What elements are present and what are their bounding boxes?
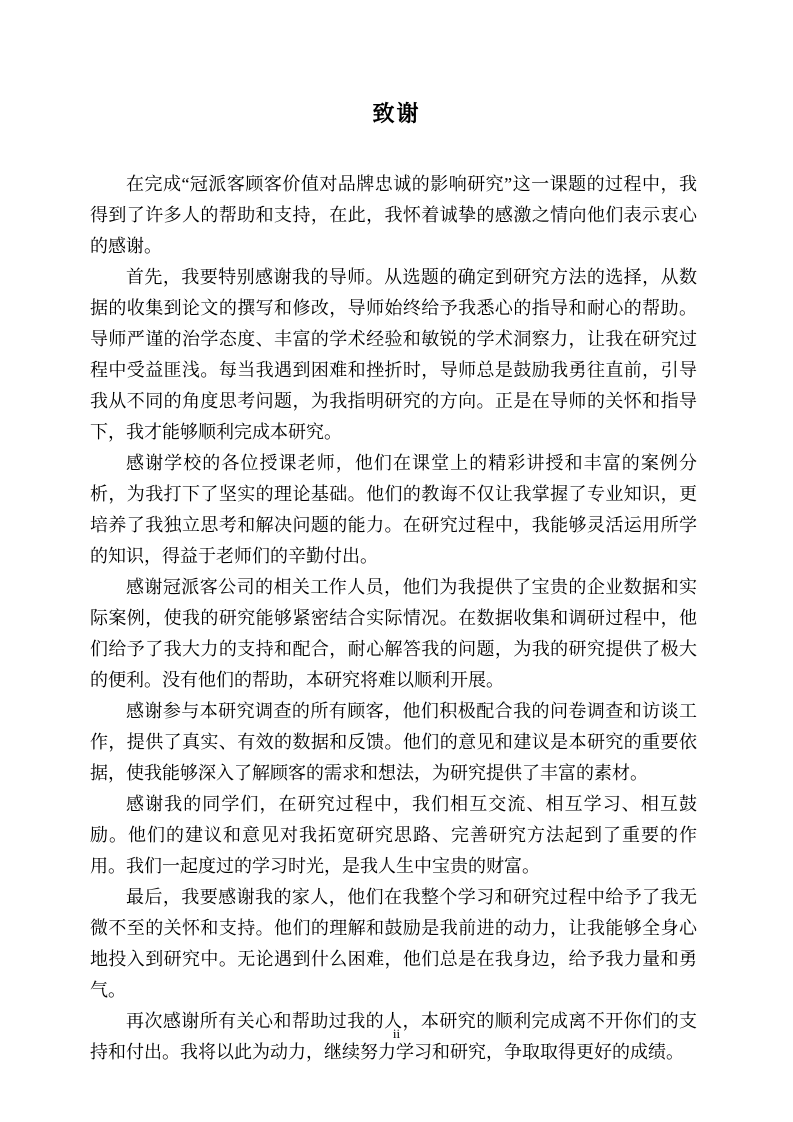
paragraph-intro: 在完成“冠派客顾客价值对品牌忠诚的影响研究”这一课题的过程中，我得到了许多人的帮…: [90, 169, 697, 262]
paragraph-survey-customers: 感谢参与本研究调查的所有顾客，他们积极配合我的问卷调查和访谈工作，提供了真实、有…: [90, 696, 697, 789]
paragraph-teachers: 感谢学校的各位授课老师，他们在课堂上的精彩讲授和丰富的案例分析，为我打下了坚实的…: [90, 448, 697, 572]
page-number: ii: [0, 1026, 793, 1042]
paragraph-family: 最后，我要感谢我的家人，他们在我整个学习和研究过程中给予了我无微不至的关怀和支持…: [90, 882, 697, 1006]
page-title: 致谢: [0, 0, 793, 131]
paragraph-company-staff: 感谢冠派客公司的相关工作人员，他们为我提供了宝贵的企业数据和实际案例，使我的研究…: [90, 572, 697, 696]
paragraph-advisor: 首先，我要特别感谢我的导师。从选题的确定到研究方法的选择，从数据的收集到论文的撰…: [90, 262, 697, 448]
paragraph-classmates: 感谢我的同学们，在研究过程中，我们相互交流、相互学习、相互鼓励。他们的建议和意见…: [90, 789, 697, 882]
document-body: 在完成“冠派客顾客价值对品牌忠诚的影响研究”这一课题的过程中，我得到了许多人的帮…: [90, 169, 697, 1068]
document-page: 致谢 在完成“冠派客顾客价值对品牌忠诚的影响研究”这一课题的过程中，我得到了许多…: [0, 0, 793, 1122]
